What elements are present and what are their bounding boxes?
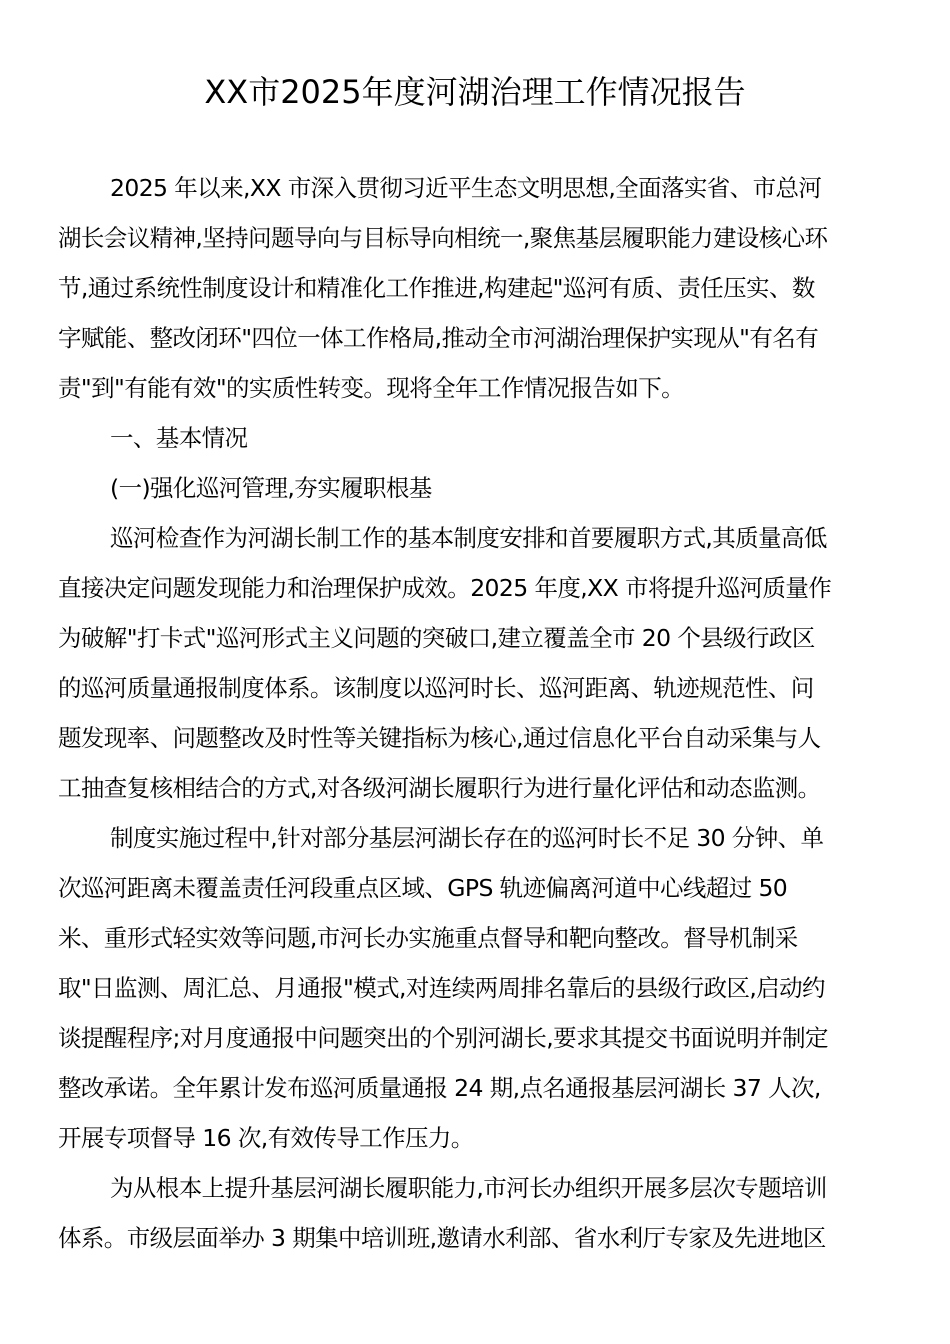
document-page: XX市2025年度河湖治理工作情况报告 2025 年以来,XX 市深入贯彻习近平… [0,0,950,1344]
paragraph-line: 字赋能、整改闭环"四位一体工作格局,推动全市河湖治理保护实现从"有名有 [58,313,894,363]
paragraph-line: 取"日监测、周汇总、月通报"模式,对连续两周排名靠后的县级行政区,启动约 [58,963,894,1013]
document-body: 2025 年以来,XX 市深入贯彻习近平生态文明思想,全面落实省、市总河 湖长会… [58,163,894,1263]
paragraph-line: 为破解"打卡式"巡河形式主义问题的突破口,建立覆盖全市 20 个县级行政区 [58,613,894,663]
document-title: XX市2025年度河湖治理工作情况报告 [0,68,950,116]
paragraph-line: 制度实施过程中,针对部分基层河湖长存在的巡河时长不足 30 分钟、单 [58,813,894,863]
paragraph-line: 责"到"有能有效"的实质性转变。现将全年工作情况报告如下。 [58,363,894,413]
paragraph-line: 巡河检查作为河湖长制工作的基本制度安排和首要履职方式,其质量高低 [58,513,894,563]
paragraph-line: 谈提醒程序;对月度通报中问题突出的个别河湖长,要求其提交书面说明并制定 [58,1013,894,1063]
paragraph-line: 整改承诺。全年累计发布巡河质量通报 24 期,点名通报基层河湖长 37 人次, [58,1063,894,1113]
subsection-heading: (一)强化巡河管理,夯实履职根基 [58,463,894,513]
paragraph-line: 直接决定问题发现能力和治理保护成效。2025 年度,XX 市将提升巡河质量作 [58,563,894,613]
section-heading: 一、基本情况 [58,413,894,463]
paragraph-line: 湖长会议精神,坚持问题导向与目标导向相统一,聚焦基层履职能力建设核心环 [58,213,894,263]
paragraph-line: 题发现率、问题整改及时性等关键指标为核心,通过信息化平台自动采集与人 [58,713,894,763]
paragraph-line: 2025 年以来,XX 市深入贯彻习近平生态文明思想,全面落实省、市总河 [58,163,894,213]
paragraph-line: 的巡河质量通报制度体系。该制度以巡河时长、巡河距离、轨迹规范性、问 [58,663,894,713]
paragraph-line: 工抽查复核相结合的方式,对各级河湖长履职行为进行量化评估和动态监测。 [58,763,894,813]
paragraph-line: 开展专项督导 16 次,有效传导工作压力。 [58,1113,894,1163]
paragraph-line: 节,通过系统性制度设计和精准化工作推进,构建起"巡河有质、责任压实、数 [58,263,894,313]
paragraph-line: 体系。市级层面举办 3 期集中培训班,邀请水利部、省水利厅专家及先进地区 [58,1213,894,1263]
paragraph-line: 次巡河距离未覆盖责任河段重点区域、GPS 轨迹偏离河道中心线超过 50 [58,863,894,913]
paragraph-line: 为从根本上提升基层河湖长履职能力,市河长办组织开展多层次专题培训 [58,1163,894,1213]
paragraph-line: 米、重形式轻实效等问题,市河长办实施重点督导和靶向整改。督导机制采 [58,913,894,963]
